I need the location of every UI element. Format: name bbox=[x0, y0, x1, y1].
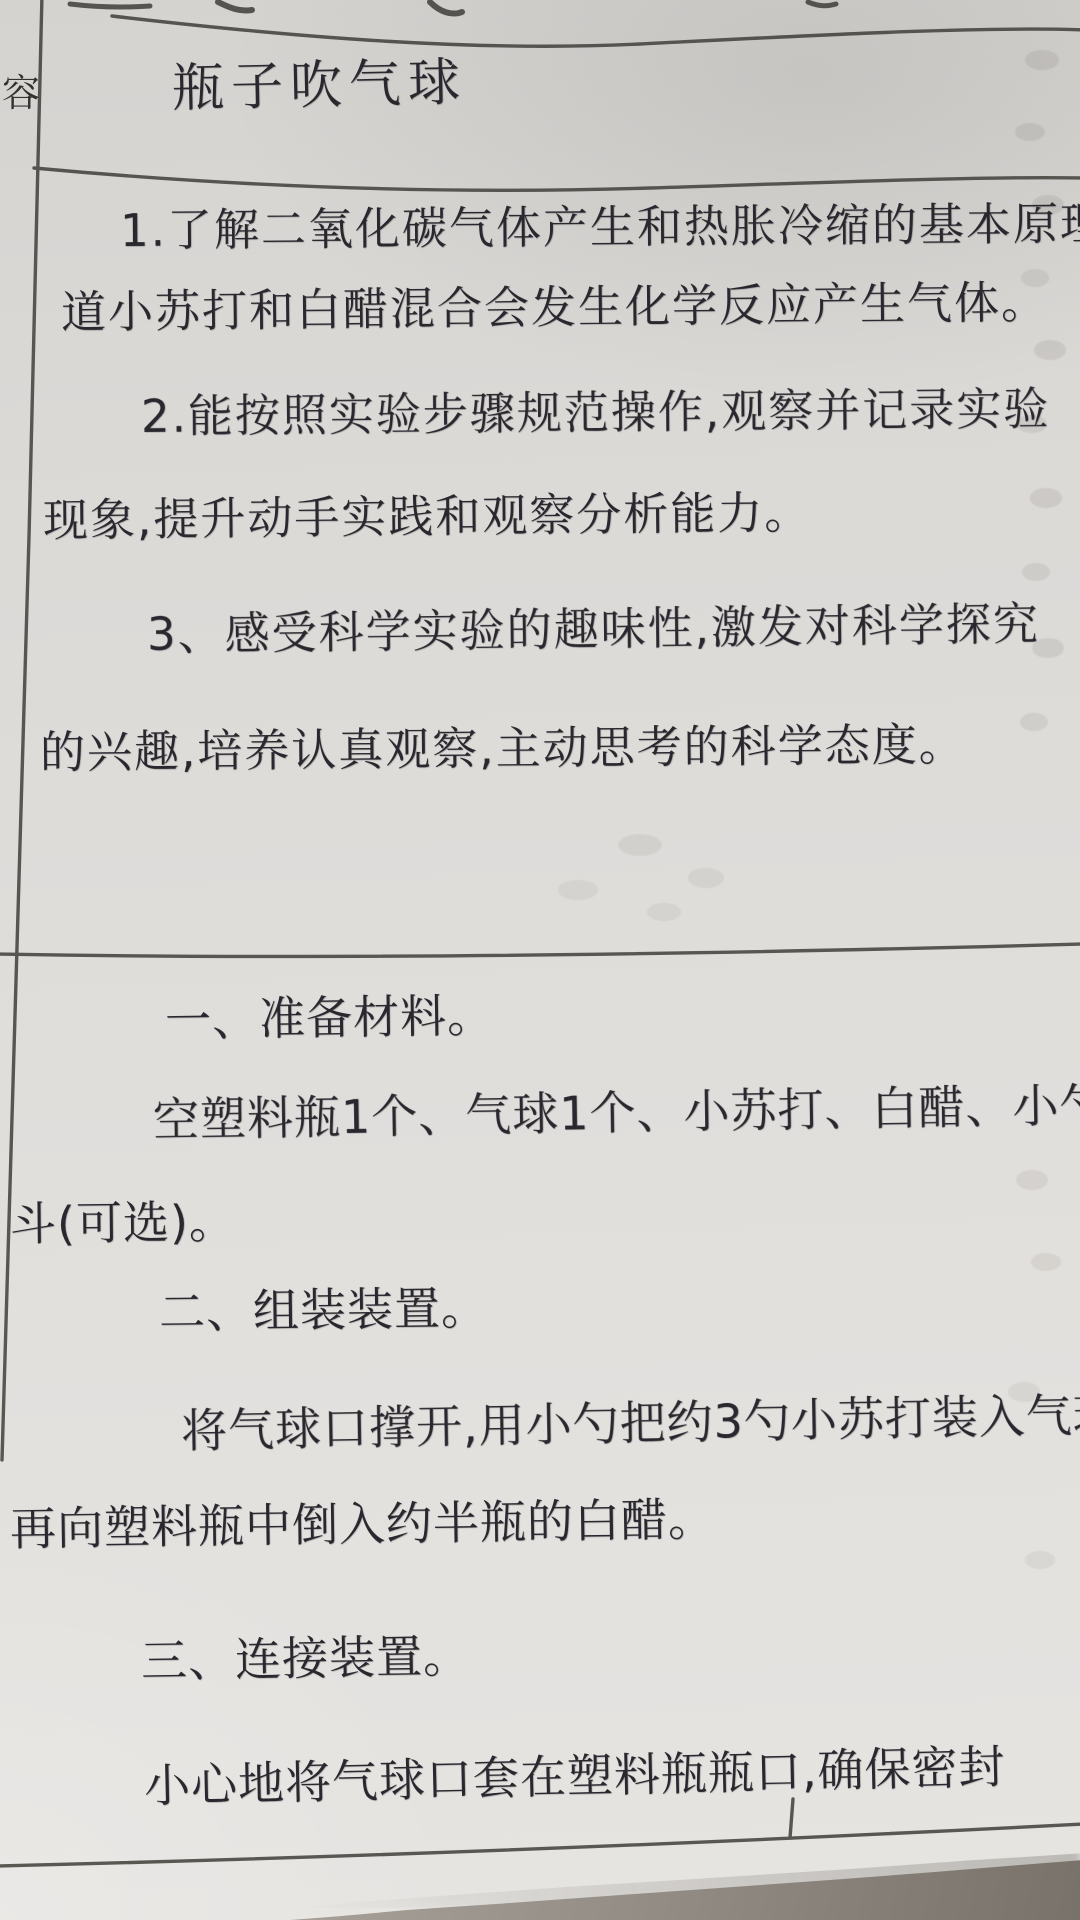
step-line: 再向塑料瓶中倒入约半瓶的白醋。 bbox=[10, 1495, 716, 1553]
section-divider-line bbox=[0, 944, 1080, 956]
top-border-line bbox=[112, 16, 1080, 46]
objective-line: 2.能按照实验步骤规范操作,观察并记录实验 bbox=[141, 385, 1051, 440]
photographed-document: 容 瓶子吹气球 1.了解二氧化碳气体产生和热胀冷缩的基本原理,知 道小苏打和白醋… bbox=[0, 0, 1080, 1920]
step-line: 小心地将气球口套在塑料瓶瓶口,确保密封 bbox=[143, 1742, 1005, 1810]
step-line: 一、准备材料。 bbox=[165, 991, 495, 1044]
objective-line: 1.了解二氧化碳气体产生和热胀冷缩的基本原理,知 bbox=[120, 200, 1080, 255]
header-fragment-3 bbox=[430, 2, 462, 14]
title-divider-line bbox=[34, 168, 1080, 190]
header-fragment-4 bbox=[808, 2, 836, 6]
bottom-border-line bbox=[0, 1824, 1080, 1866]
objective-line: 的兴趣,培养认真观察,主动思考的科学态度。 bbox=[40, 721, 966, 776]
column-tick-line bbox=[790, 1799, 793, 1838]
step-line: 将气球口撑开,用小勺把约3勺小苏打装入气球内 bbox=[181, 1390, 1080, 1455]
experiment-title: 瓶子吹气球 bbox=[171, 56, 467, 117]
header-fragment-2 bbox=[218, 2, 252, 11]
step-line: 三、连接装置。 bbox=[141, 1632, 471, 1685]
step-line: 空塑料瓶1个、气球1个、小苏打、白醋、小勺、漏 bbox=[153, 1080, 1080, 1145]
step-line: 斗(可选)。 bbox=[10, 1198, 236, 1249]
objective-line: 道小苏打和白醋混合会发生化学反应产生气体。 bbox=[61, 279, 1048, 337]
objective-line: 现象,提升动手实践和观察分析能力。 bbox=[43, 489, 812, 544]
header-fragment-1 bbox=[70, 4, 150, 7]
step-line: 二、组装装置。 bbox=[159, 1284, 489, 1336]
objective-line: 3、感受科学实验的趣味性,激发对科学探究 bbox=[147, 600, 1040, 658]
form-label: 容 bbox=[2, 62, 40, 117]
